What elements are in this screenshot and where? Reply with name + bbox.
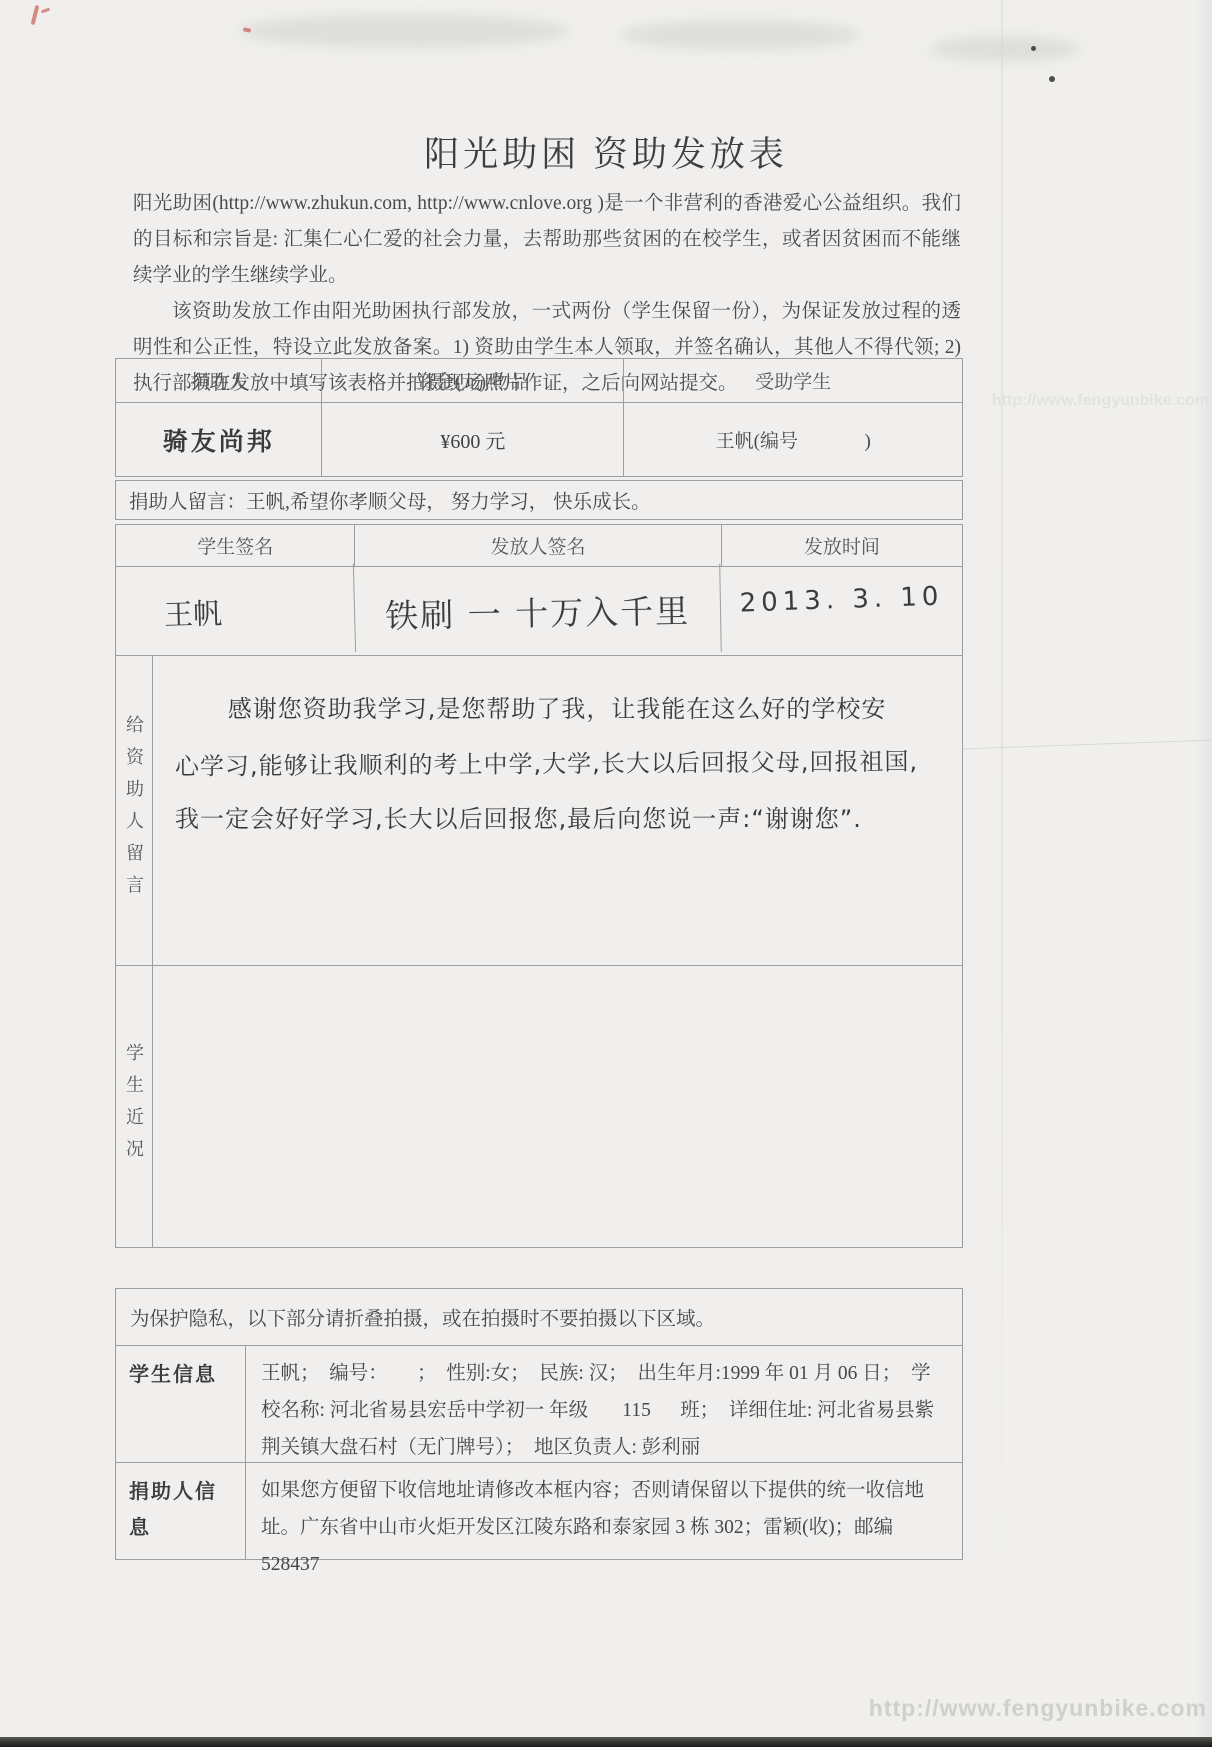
donor-message-text: 王帆,希望你孝顺父母， 努力学习， 快乐成长。 xyxy=(246,486,651,514)
issuer-signature-handwriting: 铁刷 一 十万入千里 xyxy=(355,564,723,658)
header-issue-date: 发放时间 xyxy=(722,525,962,566)
donor-info-content: 如果您方便留下收信地址请修改本框内容；否则请保留以下提供的统一收信地址。广东省中… xyxy=(246,1463,962,1559)
thanks-row: 给资助人留言 感谢您资助我学习,是您帮助了我，让我能在这么好的学校安 心学习,能… xyxy=(116,656,962,966)
header-student: 受助学生 xyxy=(624,359,962,402)
paper-crease xyxy=(963,740,1212,750)
scan-artifact xyxy=(240,14,570,48)
scan-artifact xyxy=(1049,76,1055,82)
scan-artifact xyxy=(243,27,252,32)
header-donor: 捐助人 xyxy=(116,359,322,402)
scan-artifact xyxy=(41,8,50,14)
student-status-row: 学生近况 xyxy=(116,966,962,1247)
intro-paragraph-1: 阳光助困(http://www.zhukun.com, http://www.c… xyxy=(133,186,961,294)
status-label: 学生近况 xyxy=(121,1043,147,1171)
signature-header-row: 学生签名 发放人签名 发放时间 xyxy=(116,525,962,567)
paper-crease xyxy=(1001,0,1003,1640)
signature-data-row: 王帆 铁刷 一 十万入千里 2013. 3. 10 xyxy=(116,567,962,655)
grant-table-header-row: 捐助人 资金(元)/物品 受助学生 xyxy=(116,359,962,403)
donor-name: 骑友尚邦 xyxy=(116,403,322,476)
scan-artifact xyxy=(620,20,860,50)
grant-table: 捐助人 资金(元)/物品 受助学生 骑友尚邦 ¥600 元 王帆(编号 ) xyxy=(115,358,963,477)
header-student-signature: 学生签名 xyxy=(116,525,355,566)
student-name-and-id: 王帆(编号 ) xyxy=(624,403,962,476)
student-info-content: 王帆； 编号： ； 性别:女； 民族: 汉； 出生年月:1999 年 01 月 … xyxy=(246,1346,962,1462)
grant-amount: ¥600 元 xyxy=(322,403,624,476)
donor-message-row: 捐助人留言： 王帆,希望你孝顺父母， 努力学习， 快乐成长。 xyxy=(115,480,963,520)
header-amount: 资金(元)/物品 xyxy=(322,359,624,402)
thanks-line-3: 我一定会好好学习,长大以后回报您,最后向您说一声:“谢谢您”. xyxy=(175,792,954,847)
student-signature-handwriting: 王帆 xyxy=(115,564,357,658)
grant-table-data-row: 骑友尚邦 ¥600 元 王帆(编号 ) xyxy=(116,403,962,476)
watermark-top: http://www.fengyunbike.com xyxy=(992,392,1209,410)
thanks-line-2: 心学习,能够让我顺利的考上中学,大学,长大以后回报父母,回报祖国, xyxy=(175,734,954,794)
scan-artifact xyxy=(1031,46,1036,51)
signature-table: 学生签名 发放人签名 发放时间 王帆 铁刷 一 十万入千里 2013. 3. 1… xyxy=(115,524,963,656)
student-status-content-empty xyxy=(153,966,962,1247)
privacy-notice: 为保护隐私，以下部分请折叠拍摄，或在拍摄时不要拍摄以下区域。 xyxy=(116,1289,962,1346)
watermark-bottom: http://www.fengyunbike.com xyxy=(869,1695,1207,1722)
donor-message-label: 捐助人留言： xyxy=(129,486,246,514)
status-label-cell: 学生近况 xyxy=(116,966,153,1247)
scan-artifact xyxy=(930,36,1080,62)
student-info-label: 学生信息 xyxy=(116,1346,246,1462)
scan-artifact xyxy=(31,5,40,25)
donor-info-row: 捐助人信息 如果您方便留下收信地址请修改本框内容；否则请保留以下提供的统一收信地… xyxy=(116,1463,962,1559)
donor-info-label: 捐助人信息 xyxy=(116,1463,246,1559)
thanks-line-1: 感谢您资助我学习,是您帮助了我，让我能在这么好的学校安 xyxy=(175,682,954,737)
info-table: 为保护隐私，以下部分请折叠拍摄，或在拍摄时不要拍摄以下区域。 学生信息 王帆； … xyxy=(115,1288,963,1560)
header-issuer-signature: 发放人签名 xyxy=(355,525,721,566)
scanned-form-page: 阳光助困 资助发放表 阳光助困(http://www.zhukun.com, h… xyxy=(0,0,1212,1747)
thanks-label-cell: 给资助人留言 xyxy=(116,656,153,965)
thanks-message-handwriting: 感谢您资助我学习,是您帮助了我，让我能在这么好的学校安 心学习,能够让我顺利的考… xyxy=(153,656,962,965)
student-info-row: 学生信息 王帆； 编号： ； 性别:女； 民族: 汉； 出生年月:1999 年 … xyxy=(116,1346,962,1463)
message-and-status-table: 给资助人留言 感谢您资助我学习,是您帮助了我，让我能在这么好的学校安 心学习,能… xyxy=(115,655,963,1248)
issue-date-handwriting: 2013. 3. 10 xyxy=(720,563,963,659)
paper-edge-shadow xyxy=(1196,0,1212,1747)
page-title: 阳光助困 资助发放表 xyxy=(0,127,1212,177)
scan-bottom-edge xyxy=(0,1737,1212,1747)
thanks-label: 给资助人留言 xyxy=(121,715,147,907)
